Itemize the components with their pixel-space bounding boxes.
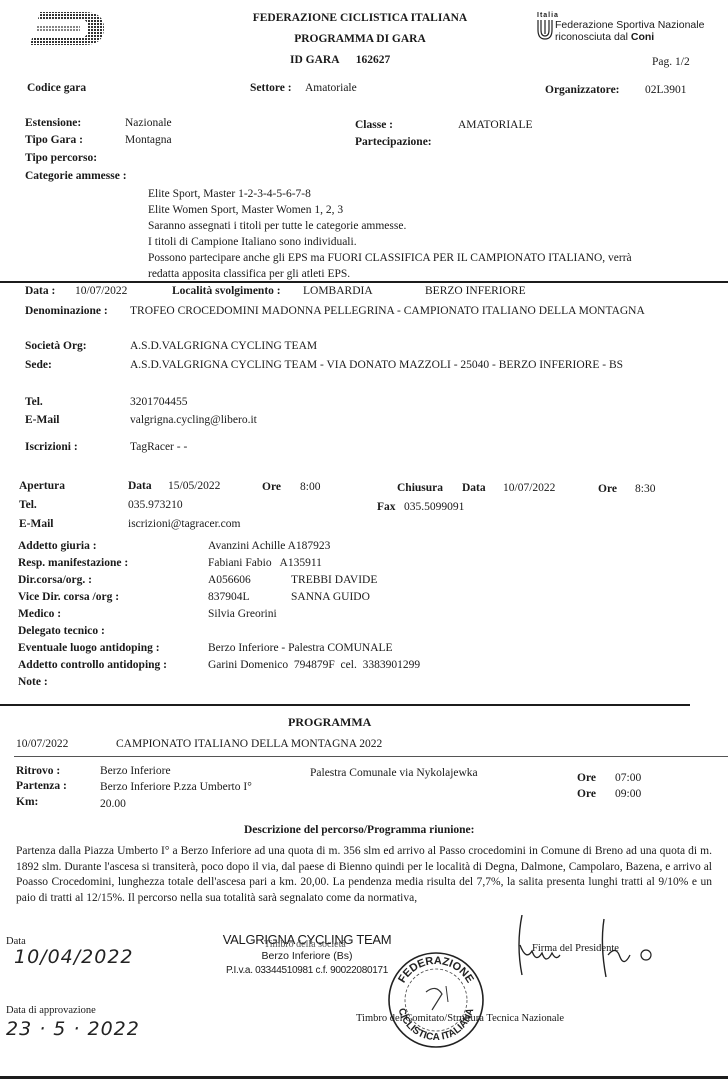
official-label: Vice Dir. corsa /org : [18, 591, 119, 603]
official-value: Avanzini Achille A187923 [208, 540, 330, 552]
seal-icon: FEDERAZIONE CICLISTICA ITALIANA [386, 950, 486, 1050]
settore-label: Settore : [250, 82, 292, 94]
tipo-gara-value: Montagna [125, 134, 172, 146]
society-stamp: VALGRIGNA CYCLING TEAM Timbro della soci… [212, 932, 402, 976]
tipo-gara-label: Tipo Gara : [25, 134, 83, 146]
email-label: E-Mail [25, 414, 60, 426]
coni-line2: riconosciuta dal Coni [555, 31, 654, 43]
classe-value: AMATORIALE [458, 119, 533, 131]
partenza-ore-label: Ore [577, 788, 596, 800]
ritrovo-ore-label: Ore [577, 772, 596, 784]
official-extra: SANNA GUIDO [291, 591, 370, 603]
denominazione-label: Denominazione : [25, 305, 108, 317]
iscr-email-value: iscrizioni@tagracer.com [128, 518, 240, 530]
km-label: Km: [16, 796, 38, 808]
societa-org-label: Società Org: [25, 340, 87, 352]
coni-italia-text: Italia [537, 12, 559, 19]
tel-label: Tel. [25, 396, 43, 408]
email-value: valgrigna.cycling@libero.it [130, 414, 257, 426]
partenza-label: Partenza : [16, 780, 67, 792]
chiusura-ore-value: 8:30 [635, 483, 655, 495]
ritrovo-value: Berzo Inferiore [100, 765, 171, 777]
coni-brand: Coni [631, 31, 654, 43]
categorie-list: Elite Sport, Master 1-2-3-4-5-6-7-8 Elit… [148, 186, 632, 282]
iscrizioni-value: TagRacer - - [130, 441, 187, 453]
official-label: Note : [18, 676, 48, 688]
coni-emblem-icon [537, 20, 553, 40]
official-value: Silvia Greorini [208, 608, 277, 620]
categorie-label: Categorie ammesse : [25, 170, 127, 182]
coni-line1: Federazione Sportiva Nazionale [555, 19, 704, 31]
approvazione-handwritten: 23 · 5 · 2022 [6, 1018, 140, 1040]
official-label: Delegato tecnico : [18, 625, 105, 637]
fax-value: 035.5099091 [404, 501, 464, 513]
page-number: Pag. 1/2 [652, 56, 690, 68]
iscr-tel-value: 035.973210 [128, 499, 183, 511]
categoria-line: Saranno assegnati i titoli per tutte le … [148, 218, 632, 234]
iscr-tel-label: Tel. [19, 499, 37, 511]
programma-event-name: CAMPIONATO ITALIANO DELLA MONTAGNA 2022 [116, 738, 382, 750]
localita-label: Località svolgimento : [172, 285, 281, 297]
societa-org-value: A.S.D.VALGRIGNA CYCLING TEAM [130, 340, 317, 352]
official-label: Dir.corsa/org. : [18, 574, 92, 586]
approvazione-label: Data di approvazione [6, 1005, 96, 1016]
id-gara: ID GARA 162627 [290, 54, 390, 66]
organizzatore-label: Organizzatore: [545, 84, 620, 96]
official-value: 837904L [208, 591, 250, 603]
categoria-line: I titoli di Campione Italiano sono indiv… [148, 234, 632, 250]
footer-data-handwritten: 10/04/2022 [14, 946, 134, 968]
categoria-line: redatta apposita classifica per gli atle… [148, 266, 632, 282]
organizzatore-value: 02L3901 [645, 84, 687, 96]
official-label: Resp. manifestazione : [18, 557, 128, 569]
divider [0, 704, 690, 706]
apertura-data-label: Data [128, 480, 152, 492]
data-label: Data : [25, 285, 55, 297]
iscr-email-label: E-Mail [19, 518, 54, 530]
official-extra: TREBBI DAVIDE [291, 574, 377, 586]
programma-date: 10/07/2022 [16, 738, 68, 750]
categoria-line: Possono partecipare anche gli EPS ma FUO… [148, 250, 632, 266]
descrizione-text: Partenza dalla Piazza Umberto I° a Berzo… [16, 844, 712, 906]
ritrovo-ore-value: 07:00 [615, 772, 641, 784]
categoria-line: Elite Women Sport, Master Women 1, 2, 3 [148, 202, 632, 218]
estensione-label: Estensione: [25, 117, 81, 129]
id-gara-value: 162627 [356, 54, 391, 66]
fci-logo [22, 8, 106, 48]
svg-text:FEDERAZIONE: FEDERAZIONE [396, 955, 476, 985]
estensione-value: Nazionale [125, 117, 172, 129]
ritrovo-label: Ritrovo : [16, 765, 60, 777]
tel-value: 3201704455 [130, 396, 188, 408]
categoria-line: Elite Sport, Master 1-2-3-4-5-6-7-8 [148, 186, 632, 202]
fci-seal: FEDERAZIONE CICLISTICA ITALIANA [386, 950, 486, 1050]
seal-top-text: FEDERAZIONE [396, 955, 476, 985]
stamp-city: Berzo Inferiore (Bs) [212, 950, 402, 962]
data-value: 10/07/2022 [75, 285, 127, 297]
ritrovo-place: Palestra Comunale via Nykolajewka [310, 767, 478, 779]
official-label: Medico : [18, 608, 61, 620]
comune-value: BERZO INFERIORE [425, 285, 526, 297]
apertura-data-value: 15/05/2022 [168, 480, 220, 492]
org-title: FEDERAZIONE CICLISTICA ITALIANA [200, 12, 520, 24]
regione-value: LOMBARDIA [303, 285, 373, 297]
partecipazione-label: Partecipazione: [355, 136, 432, 148]
chiusura-data-value: 10/07/2022 [503, 482, 555, 494]
id-gara-label: ID GARA [290, 54, 339, 66]
sede-value: A.S.D.VALGRIGNA CYCLING TEAM - VIA DONAT… [130, 359, 623, 371]
apertura-ore-value: 8:00 [300, 481, 320, 493]
sede-label: Sede: [25, 359, 52, 371]
official-label: Eventuale luogo antidoping : [18, 642, 160, 654]
divider [0, 281, 728, 283]
timbro-label: Timbro del Comitato/Struttura Tecnica Na… [356, 1013, 564, 1024]
codice-gara-label: Codice gara [27, 82, 86, 94]
official-label: Addetto controllo antidoping : [18, 659, 167, 671]
apertura-ore-label: Ore [262, 481, 281, 493]
divider-thin [14, 756, 728, 757]
iscrizioni-label: Iscrizioni : [25, 441, 78, 453]
official-value: A056606 [208, 574, 251, 586]
doc-title: PROGRAMMA DI GARA [200, 33, 520, 45]
official-value: Garini Domenico 794879F cel. 3383901299 [208, 659, 420, 671]
km-value: 20.00 [100, 798, 126, 810]
coni-line2-prefix: riconosciuta dal [555, 31, 628, 43]
official-value: Fabiani Fabio A135911 [208, 557, 322, 569]
tipo-percorso-label: Tipo percorso: [25, 152, 97, 164]
chiusura-ore-label: Ore [598, 483, 617, 495]
chiusura-label: Chiusura [397, 482, 443, 494]
apertura-label: Apertura [19, 480, 65, 492]
partenza-ore-value: 09:00 [615, 788, 641, 800]
official-label: Addetto giuria : [18, 540, 97, 552]
classe-label: Classe : [355, 119, 393, 131]
stamp-piva: P.I.v.a. 03344510981 c.f. 90022080171 [212, 965, 402, 976]
denominazione-value: TROFEO CROCEDOMINI MADONNA PELLEGRINA - … [130, 305, 645, 317]
stamp-overlay: Timbro della società [264, 939, 346, 950]
descrizione-title: Descrizione del percorso/Programma riuni… [244, 824, 474, 836]
bottom-border [0, 1076, 728, 1079]
official-value: Berzo Inferiore - Palestra COMUNALE [208, 642, 393, 654]
programma-title: PROGRAMMA [288, 715, 371, 730]
partenza-value: Berzo Inferiore P.zza Umberto I° [100, 781, 252, 793]
chiusura-data-label: Data [462, 482, 486, 494]
settore-value: Amatoriale [305, 82, 357, 94]
firma-label: Firma del Presidente [532, 943, 619, 954]
fax-label: Fax [377, 501, 396, 513]
